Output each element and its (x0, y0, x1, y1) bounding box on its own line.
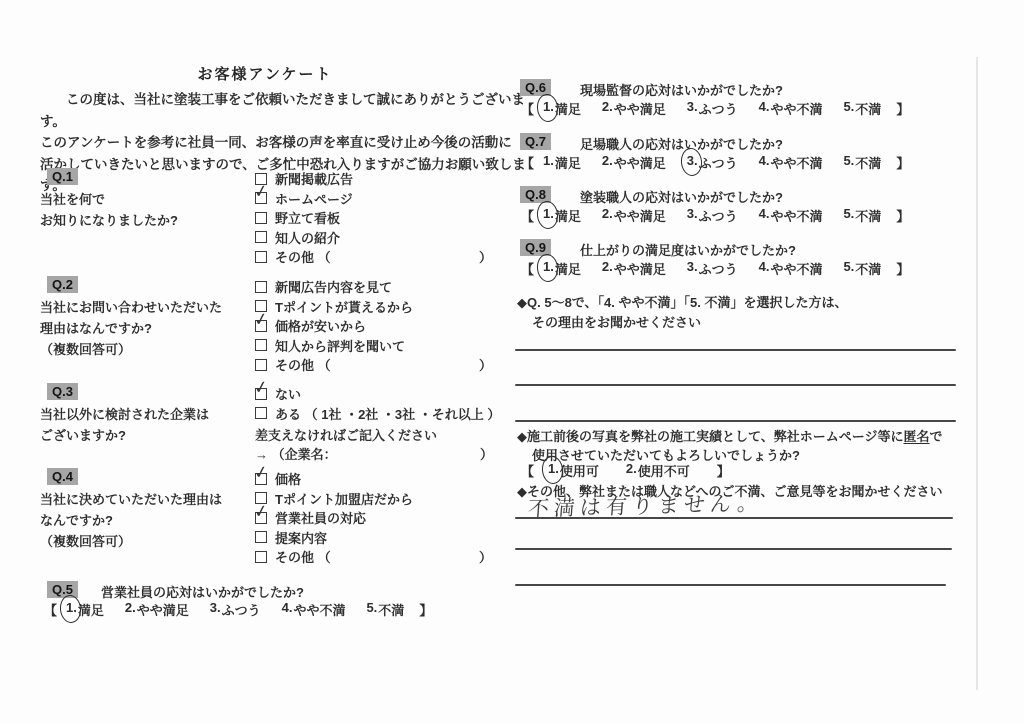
rating-option[interactable]: 2.やや満足 (602, 206, 666, 225)
q2-options: 新聞広告内容を見てTポイントが貰えるから価格が安いから知人から評判を聞いてその他… (255, 277, 492, 375)
checkbox-option[interactable]: Tポイントが貰えるから (255, 297, 492, 317)
q3-label: Q.3 (47, 383, 78, 400)
q4-question-line: （複数回答可） (40, 531, 222, 552)
rating-number[interactable]: 5. (843, 153, 854, 172)
checkbox-checked-icon[interactable] (255, 192, 267, 204)
q1-question-line: お知りになりましたか? (40, 210, 178, 231)
rating-option[interactable]: 2.やや満足 (602, 153, 666, 172)
checkbox-option[interactable]: 提案内容 (255, 528, 492, 548)
rating-number[interactable]: 2. (602, 206, 613, 225)
checkbox-option[interactable]: その他 （） (255, 547, 492, 567)
photo-permission-text: で (930, 429, 943, 444)
rating-label: ふつう (699, 206, 738, 225)
rating-number[interactable]: 5. (843, 206, 854, 225)
rating-number[interactable]: 3. (210, 600, 221, 619)
rating-number[interactable]: 2. (602, 259, 613, 278)
checkbox-option[interactable]: Tポイント加盟店だから (255, 489, 492, 509)
rating-label: やや満足 (614, 259, 666, 278)
q2-question-line: （複数回答可） (40, 339, 222, 360)
scan-page-edge (976, 57, 978, 690)
dissatisfaction-note-line2: その理由をお聞かせください (532, 312, 701, 331)
q7-rating-scale: 【1.満足2.やや満足3.ふつう4.やや不満5.不満】 (521, 153, 909, 172)
checkbox-icon[interactable] (255, 407, 267, 419)
rating-label: 使用可 (560, 461, 599, 480)
answer-line (515, 584, 946, 586)
bracket-close: 】 (896, 99, 909, 118)
checkbox-checked-icon[interactable] (255, 388, 267, 400)
q3-question-line: 当社以外に検討された企業は (40, 404, 209, 425)
q4-options: 価格Tポイント加盟店だから営業社員の対応提案内容その他 （） (255, 469, 492, 567)
bracket-open: 【 (521, 153, 534, 172)
rating-label: 満足 (555, 153, 581, 172)
option-label: 営業社員の対応 (275, 508, 366, 527)
q7-label: Q.7 (520, 133, 551, 150)
q4-label: Q.4 (47, 468, 78, 485)
rating-label: ふつう (699, 153, 738, 172)
answer-line (515, 349, 956, 351)
rating-option[interactable]: 2.使用不可 (626, 461, 690, 480)
q3-question-line: ございますか? (40, 425, 209, 446)
selected-circle-mark[interactable]: 1. (66, 600, 77, 619)
checkbox-option[interactable]: ホームページ (255, 189, 492, 209)
q2-question-line: 理由はなんですか? (40, 318, 222, 339)
q6-question: 現場監督の応対はいかがでしたか? (580, 80, 783, 99)
rating-option[interactable]: 1.満足 (66, 600, 104, 619)
q3-question: 当社以外に検討された企業は ございますか? (40, 404, 209, 446)
option-label: Tポイント加盟店だから (275, 489, 413, 508)
photo-permission-emphasis: 匿名 (903, 429, 929, 444)
checkbox-option[interactable]: 知人の紹介 (255, 228, 492, 248)
rating-option[interactable]: 3.ふつう (687, 206, 738, 225)
checkbox-option[interactable]: ない (255, 384, 498, 404)
checkbox-option[interactable]: 新聞掲載広告 (255, 169, 492, 189)
rating-number[interactable]: 5. (843, 259, 854, 278)
rating-label: やや不満 (770, 99, 822, 118)
option-label: 野立て看板 (275, 208, 340, 227)
q6-rating-scale: 【1.満足2.やや満足3.ふつう4.やや不満5.不満】 (521, 99, 909, 118)
rating-label: 満足 (78, 600, 104, 619)
rating-label: 不満 (855, 99, 881, 118)
bracket-close: 】 (717, 461, 730, 480)
option-label: 提案内容 (275, 528, 327, 547)
bracket-open: 【 (521, 461, 534, 480)
rating-label: 不満 (855, 153, 881, 172)
q3-note: 差支えなければご記入ください (255, 425, 437, 444)
bracket-open: 【 (521, 206, 534, 225)
q8-question: 塗装職人の応対はいかがでしたか? (580, 187, 783, 206)
q8-rating-scale: 【1.満足2.やや満足3.ふつう4.やや不満5.不満】 (521, 206, 909, 225)
dissatisfaction-note-line1: ◆Q. 5～8で、「4. やや不満」「5. 不満」を選択した方は、 (517, 292, 847, 311)
checkbox-option[interactable]: 野立て看板 (255, 208, 492, 228)
rating-label: ふつう (699, 259, 738, 278)
rating-number[interactable]: 4. (759, 153, 770, 172)
photo-permission-text: ◆施工前後の写真を弊社の施工実績として、弊社ホームページ等に (517, 429, 903, 444)
rating-option[interactable]: 1.満足 (543, 206, 581, 225)
checkbox-icon[interactable] (255, 212, 267, 224)
q1-label: Q.1 (47, 168, 78, 185)
photo-permission-line1: ◆施工前後の写真を弊社の施工実績として、弊社ホームページ等に匿名で (517, 426, 943, 445)
bracket-close: 】 (896, 153, 909, 172)
option-label: 知人から評判を聞いて (275, 336, 405, 355)
rating-number[interactable]: 5. (843, 99, 854, 118)
q4-question: 当社に決めていただいた理由は なんですか? （複数回答可） (40, 489, 222, 552)
checkbox-icon[interactable] (255, 231, 267, 243)
option-label: その他 （ (275, 355, 331, 374)
checkbox-checked-icon[interactable] (255, 473, 267, 485)
rating-option[interactable]: 1.満足 (543, 259, 581, 278)
checkbox-icon[interactable] (255, 531, 267, 543)
checkbox-option[interactable]: その他 （） (255, 247, 492, 267)
rating-label: やや満足 (614, 206, 666, 225)
q9-question: 仕上がりの満足度はいかがでしたか? (580, 240, 796, 259)
close-paren: ） (479, 547, 492, 566)
q3-options: ないある （ 1社 ・2社 ・3社 ・それ以上 ） (255, 384, 498, 423)
q1-question-line: 当社を何で (40, 189, 178, 210)
selected-circle-mark[interactable]: 1. (543, 99, 554, 118)
rating-option[interactable]: 3.ふつう (687, 259, 738, 278)
rating-option[interactable]: 1.満足 (543, 153, 581, 172)
rating-option[interactable]: 4.やや不満 (759, 206, 823, 225)
rating-number[interactable]: 2. (125, 600, 136, 619)
checkbox-option[interactable]: 知人から評判を聞いて (255, 336, 492, 356)
rating-option[interactable]: 5.不満 (843, 259, 881, 278)
q7-question: 足場職人の応対はいかがでしたか? (580, 134, 783, 153)
option-label: 価格 (275, 469, 301, 488)
rating-number[interactable]: 2. (626, 461, 637, 480)
option-label: ある （ 1社 ・2社 ・3社 ・それ以上 ） (275, 404, 500, 423)
rating-label: やや不満 (770, 153, 822, 172)
checkbox-icon[interactable] (255, 281, 267, 293)
checkbox-option[interactable]: 新聞広告内容を見て (255, 277, 492, 297)
rating-option[interactable]: 1.使用可 (548, 461, 599, 480)
rating-option[interactable]: 5.不満 (843, 99, 881, 118)
checkbox-option[interactable]: ある （ 1社 ・2社 ・3社 ・それ以上 ） (255, 404, 498, 424)
rating-label: やや満足 (614, 99, 666, 118)
rating-number[interactable]: 2. (602, 99, 613, 118)
rating-option[interactable]: 3.ふつう (687, 99, 738, 118)
selected-circle-mark[interactable]: 1. (548, 461, 559, 480)
rating-label: 不満 (855, 259, 881, 278)
rating-label: やや不満 (293, 600, 345, 619)
rating-option[interactable]: 4.やや不満 (282, 600, 346, 619)
rating-number[interactable]: 3. (687, 259, 698, 278)
close-paren: ） (480, 444, 493, 463)
rating-label: ふつう (699, 99, 738, 118)
bracket-open: 【 (521, 99, 534, 118)
q2-question-line: 当社にお問い合わせいただいた (40, 297, 222, 318)
rating-label: 使用不可 (638, 461, 690, 480)
rating-number[interactable]: 3. (687, 99, 698, 118)
answer-line (515, 517, 953, 519)
answer-line (515, 548, 952, 550)
rating-label: ふつう (222, 600, 261, 619)
checkbox-option[interactable]: 価格 (255, 469, 492, 489)
rating-number[interactable]: 4. (759, 206, 770, 225)
q4-question-line: 当社に決めていただいた理由は (40, 489, 222, 510)
answer-line (515, 420, 956, 422)
bracket-close: 】 (419, 600, 432, 619)
rating-number[interactable]: 4. (282, 600, 293, 619)
rating-option[interactable]: 4.やや不満 (759, 259, 823, 278)
rating-number[interactable]: 4. (759, 99, 770, 118)
bracket-close: 】 (896, 259, 909, 278)
q2-question: 当社にお問い合わせいただいた 理由はなんですか? （複数回答可） (40, 297, 222, 360)
selected-circle-mark[interactable]: 1. (543, 259, 554, 278)
rating-number[interactable]: 1. (543, 153, 554, 172)
checkbox-option[interactable]: その他 （） (255, 355, 492, 375)
rating-number[interactable]: 2. (602, 153, 613, 172)
option-label: 新聞掲載広告 (275, 169, 353, 188)
rating-option[interactable]: 1.満足 (543, 99, 581, 118)
option-label: 新聞広告内容を見て (275, 277, 392, 296)
rating-label: 満足 (555, 206, 581, 225)
rating-label: 不満 (855, 206, 881, 225)
q2-label: Q.2 (47, 276, 78, 293)
checkbox-option[interactable]: 営業社員の対応 (255, 508, 492, 528)
q4-question-line: なんですか? (40, 510, 222, 531)
intro-line: このアンケートを参考に社員一同、お客様の声を率直に受け止め今後の活動に (40, 132, 526, 154)
bracket-close: 】 (896, 206, 909, 225)
option-label: 知人の紹介 (275, 228, 340, 247)
rating-option[interactable]: 3.ふつう (210, 600, 261, 619)
rating-label: 不満 (378, 600, 404, 619)
option-label: 価格が安いから (275, 316, 366, 335)
selected-circle-mark[interactable]: 1. (543, 206, 554, 225)
rating-label: 満足 (555, 259, 581, 278)
option-label: その他 （ (275, 547, 331, 566)
bracket-open: 【 (521, 259, 534, 278)
rating-option[interactable]: 5.不満 (843, 153, 881, 172)
bracket-open: 【 (44, 600, 57, 619)
q1-question: 当社を何で お知りになりましたか? (40, 189, 178, 231)
rating-label: 満足 (555, 99, 581, 118)
rating-option[interactable]: 5.不満 (366, 600, 404, 619)
rating-label: やや満足 (614, 153, 666, 172)
rating-number[interactable]: 5. (366, 600, 377, 619)
close-paren: ） (479, 355, 492, 374)
rating-label: やや満足 (137, 600, 189, 619)
rating-option[interactable]: 2.やや満足 (602, 259, 666, 278)
checkbox-option[interactable]: 価格が安いから (255, 316, 492, 336)
checkbox-icon[interactable] (255, 551, 267, 563)
checkbox-checked-icon[interactable] (255, 512, 267, 524)
rating-number[interactable]: 3. (687, 206, 698, 225)
option-label: その他 （ (275, 247, 331, 266)
rating-option[interactable]: 2.やや満足 (125, 600, 189, 619)
rating-option[interactable]: 3.ふつう (687, 153, 738, 172)
option-label: ホームページ (275, 189, 353, 208)
intro-line: この度は、当社に塗装工事をご依頼いただきまして誠にありがとうございます。 (40, 89, 526, 132)
q5-rating-scale: 【1.満足2.やや満足3.ふつう4.やや不満5.不満】 (44, 600, 432, 619)
close-paren: ） (479, 247, 492, 266)
q3-company-prefix: → （企業名： (255, 444, 337, 463)
answer-line (515, 384, 956, 386)
rating-label: やや不満 (770, 259, 822, 278)
q3-company-write-in[interactable]: → （企業名： ） (255, 444, 493, 463)
option-label: ない (275, 384, 301, 403)
photo-permission-scale: 【1.使用可2.使用不可】 (521, 461, 730, 480)
checkbox-icon[interactable] (255, 359, 267, 371)
rating-option[interactable]: 5.不満 (843, 206, 881, 225)
rating-option[interactable]: 4.やや不満 (759, 153, 823, 172)
q9-rating-scale: 【1.満足2.やや満足3.ふつう4.やや不満5.不満】 (521, 259, 909, 278)
checkbox-checked-icon[interactable] (255, 320, 267, 332)
option-label: Tポイントが貰えるから (275, 297, 413, 316)
rating-label: やや不満 (770, 206, 822, 225)
scanned-survey-page: お客様アンケート この度は、当社に塗装工事をご依頼いただきまして誠にありがとうご… (0, 0, 1024, 724)
page-title: お客様アンケート (40, 63, 490, 84)
selected-circle-mark[interactable]: 3. (687, 153, 698, 172)
rating-number[interactable]: 4. (759, 259, 770, 278)
rating-option[interactable]: 2.やや満足 (602, 99, 666, 118)
checkbox-icon[interactable] (255, 339, 267, 351)
rating-option[interactable]: 4.やや不満 (759, 99, 823, 118)
q5-question: 営業社員の応対はいかがでしたか? (101, 582, 304, 601)
checkbox-icon[interactable] (255, 251, 267, 263)
q1-options: 新聞掲載広告ホームページ野立て看板知人の紹介その他 （） (255, 169, 492, 267)
